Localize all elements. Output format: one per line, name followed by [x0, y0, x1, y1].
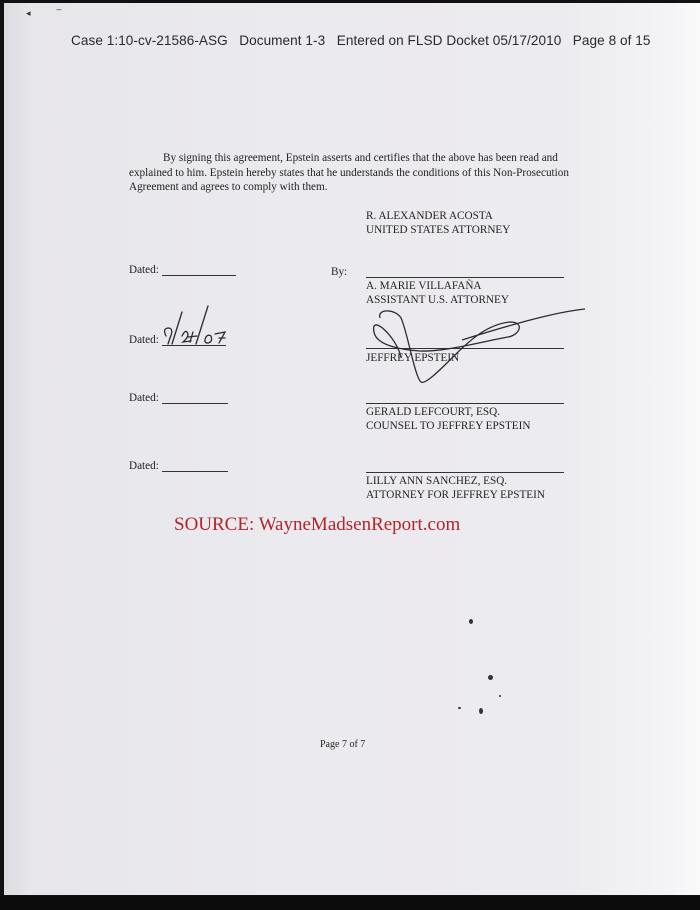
dated-field-1: Dated:: [129, 263, 236, 276]
document-page: [4, 3, 700, 895]
docket-page: Page 8 of 15: [573, 33, 651, 48]
signature-line-defendant: [366, 348, 564, 349]
us-attorney-title: UNITED STATES ATTORNEY: [366, 223, 510, 237]
defendant-name: JEFFREY EPSTEIN: [366, 351, 459, 365]
by-label: By:: [331, 265, 347, 279]
dated-field-2: Dated:: [129, 333, 226, 346]
counsel-title: COUNSEL TO JEFFREY EPSTEIN: [366, 419, 530, 433]
assistant-title: ASSISTANT U.S. ATTORNEY: [366, 293, 509, 307]
handwritten-date: [162, 333, 226, 346]
signature-line-attorney: [366, 472, 564, 473]
docket-header: Case 1:10-cv-21586-ASG Document 1-3 Ente…: [71, 33, 651, 48]
dated-field-4: Dated:: [129, 459, 228, 472]
scan-speck: [499, 695, 501, 697]
case-number: Case 1:10-cv-21586-ASG: [71, 33, 228, 48]
assistant-name: A. MARIE VILLAFAÑA: [366, 279, 482, 293]
scan-speck: [488, 675, 493, 680]
scan-border: [0, 896, 700, 910]
scan-speck: [479, 708, 483, 714]
signature-line-counsel: [366, 403, 564, 404]
source-watermark: SOURCE: WayneMadsenReport.com: [174, 514, 460, 536]
dated-field-3: Dated:: [129, 391, 228, 404]
scan-speck: [469, 619, 473, 624]
scan-speck: [458, 707, 461, 709]
entered-date: Entered on FLSD Docket 05/17/2010: [337, 33, 562, 48]
counsel-name: GERALD LEFCOURT, ESQ.: [366, 405, 500, 419]
attorney-title: ATTORNEY FOR JEFFREY EPSTEIN: [366, 488, 545, 502]
scan-mark: ‒: [56, 5, 62, 15]
attorney-name: LILLY ANN SANCHEZ, ESQ.: [366, 474, 507, 488]
us-attorney-name: R. ALEXANDER ACOSTA: [366, 209, 493, 223]
certification-paragraph: By signing this agreement, Epstein asser…: [129, 151, 579, 195]
scan-mark: ◂: [26, 9, 31, 19]
document-number: Document 1-3: [239, 33, 325, 48]
page-footer: Page 7 of 7: [320, 739, 365, 750]
signature-line-assistant: [366, 277, 564, 278]
